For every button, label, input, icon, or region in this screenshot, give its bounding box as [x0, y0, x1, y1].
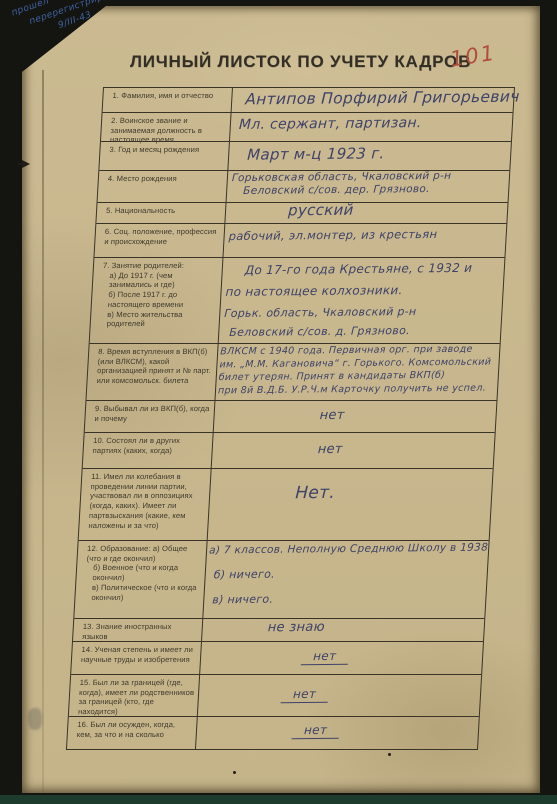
field-label: 14. Ученая степень и имеет ли научные тр… [71, 642, 202, 674]
field-label: 1. Фамилия, имя и отчество [103, 88, 233, 112]
handwritten-answer: в) ничего. [212, 593, 274, 607]
handwritten-answer: рабочий, эл.монтер, из крестьян [228, 227, 437, 243]
handwritten-answer: нет [301, 649, 349, 665]
answer-cell: Антипов Порфирий Григорьевич [232, 88, 514, 112]
field-label: 12. Образование: а) Общее (что и где око… [74, 541, 207, 618]
form-row: 5. Национальность русский [96, 203, 507, 224]
handwritten-answer: ВЛКСМ с 1940 года. Первичная орг. при за… [220, 344, 473, 358]
field-label: 3. Год и месяц рождения [99, 142, 230, 170]
handwritten-answer: Мл. сержант, партизан. [239, 115, 422, 133]
field-label: 4. Место рождения [98, 171, 229, 202]
handwritten-answer: Беловский с/сов. д. Грязново. [229, 324, 410, 339]
form-row: 16. Был ли осужден, когда, кем, за что и… [67, 717, 479, 750]
field-label-sub: в) Место жительства родителей [106, 310, 215, 329]
handwritten-answer: Беловский с/сов. дер. Грязново. [243, 183, 430, 197]
field-label-sub: б) Военное (что и когда окончил) [92, 563, 201, 582]
field-label: 5. Национальность [96, 203, 226, 223]
form-row: 11. Имел ли колебания в проведении линии… [79, 469, 493, 541]
handwritten-answer: Нет. [295, 483, 336, 503]
personnel-form-table: 1. Фамилия, имя и отчество Антипов Порфи… [66, 87, 515, 750]
handwritten-answer: нет [281, 687, 329, 703]
field-label: 11. Имел ли колебания в проведении линии… [79, 469, 212, 540]
field-label: 7. Занятие родителей: а) До 1917 г. (чем… [90, 258, 224, 343]
form-title: ЛИЧНЫЙ ЛИСТОК ПО УЧЕТУ КАДРОВ [130, 52, 438, 72]
handwritten-answer: а) 7 классов. Неполную Среднюю Школу в 1… [209, 542, 489, 557]
form-row: 4. Место рождения Горьковская область, Ч… [98, 171, 510, 203]
handwritten-answer: им. „М.М. Кагановича“ г. Горького. Комсо… [219, 357, 491, 371]
answer-cell: ВЛКСМ с 1940 года. Первичная орг. при за… [216, 344, 500, 400]
field-label: 8. Время вступления в ВКП(б) (или ВЛКСМ)… [87, 344, 219, 400]
field-label: 13. Знание иностранных языков [73, 619, 203, 641]
field-label: 9. Выбывал ли из ВКП(б), когда и почему [85, 401, 216, 432]
ink-speck [388, 753, 391, 756]
red-page-number: 101 [448, 41, 497, 72]
handwritten-answer: нет [317, 442, 343, 457]
answer-cell: нет [212, 433, 495, 468]
handwritten-answer: Март м-ц 1923 г. [247, 144, 385, 163]
handwritten-answer: Горьк. область, Чкаловский р-н [224, 305, 417, 320]
handwritten-answer: нет [292, 723, 340, 739]
form-row: 10. Состоял ли в других партиях (каких, … [83, 433, 495, 469]
field-label-sub: а) До 1917 г. (чем занимались и где) [109, 271, 218, 290]
paper-sheet: ЛИЧНЫЙ ЛИСТОК ПО УЧЕТУ КАДРОВ 101 1. Фам… [22, 6, 540, 793]
form-row: 6. Соц. положение, профессия и происхожд… [94, 224, 506, 258]
scanned-document: { "colors": { "paper": "#c9b88f", "backg… [0, 0, 557, 804]
field-label-main: 12. Образование: а) Общее (что и где око… [86, 544, 187, 563]
answer-cell: нет [200, 642, 483, 674]
handwritten-answer: нет [319, 408, 345, 423]
handwritten-answer: русский [288, 201, 354, 220]
form-row: 12. Образование: а) Общее (что и где око… [74, 541, 488, 619]
scan-bottom-edge [0, 795, 557, 804]
answer-cell: нет [214, 401, 497, 432]
answer-cell: нет [196, 717, 479, 750]
form-row: 2. Воинское звание и занимаемая должност… [101, 113, 513, 142]
form-row: 15. Был ли за границей (где, когда), име… [69, 675, 481, 717]
answer-cell: нет [198, 675, 481, 716]
handwritten-answer: по настоящее колхозники. [225, 283, 403, 299]
paper-crease [42, 70, 44, 793]
form-row: 1. Фамилия, имя и отчество Антипов Порфи… [103, 88, 514, 113]
field-label: 6. Соц. положение, профессия и происхожд… [94, 224, 225, 257]
field-label: 10. Состоял ли в других партиях (каких, … [83, 433, 214, 468]
handwritten-answer: при 8й В.Д.Б. У.Р.Ч.м Карточку получить … [218, 383, 487, 397]
form-row: 7. Занятие родителей: а) До 1917 г. (чем… [90, 258, 505, 344]
handwritten-answer: Горьковская область, Чкаловский р-н [232, 170, 452, 184]
field-label-sub: б) После 1917 г. до настоящего времени [108, 290, 217, 309]
form-row: 8. Время вступления в ВКП(б) (или ВЛКСМ)… [86, 344, 499, 401]
handwritten-answer: билет утерян. Принят в кандидаты ВКП(б) [219, 370, 446, 383]
answer-cell: Горьковская область, Чкаловский р-н Бело… [227, 171, 510, 202]
answer-cell: Нет. [208, 469, 493, 540]
field-label: 16. Был ли осужден, когда, кем, за что и… [67, 717, 198, 750]
form-row: 14. Ученая степень и имеет ли научные тр… [71, 642, 483, 675]
form-row: 9. Выбывал ли из ВКП(б), когда и почему … [85, 401, 497, 433]
answer-cell: рабочий, эл.монтер, из крестьян [223, 224, 506, 257]
field-label: 2. Воинское звание и занимаемая должност… [101, 113, 232, 141]
answer-cell: русский [225, 203, 507, 223]
answer-cell: До 17-го года Крестьяне, с 1932 и по нас… [219, 258, 505, 343]
answer-cell: Мл. сержант, партизан. [230, 113, 513, 141]
form-row: 13. Знание иностранных языков не знаю [73, 619, 484, 642]
margin-arrow-mark [22, 160, 30, 168]
pencil-smudge [28, 708, 42, 730]
answer-cell: не знаю [202, 619, 484, 641]
handwritten-answer: не знаю [267, 620, 325, 636]
field-label-main: 7. Занятие родителей: [103, 261, 185, 270]
answer-cell: Март м-ц 1923 г. [228, 142, 511, 170]
form-row: 3. Год и месяц рождения Март м-ц 1923 г. [99, 142, 511, 171]
handwritten-answer: б) ничего. [213, 568, 275, 582]
handwritten-answer: До 17-го года Крестьяне, с 1932 и [244, 261, 472, 277]
field-label-sub: в) Политическое (что и когда окончил) [91, 583, 200, 602]
ink-speck [233, 771, 236, 774]
field-label: 15. Был ли за границей (где, когда), име… [69, 675, 200, 716]
answer-cell: а) 7 классов. Неполную Среднюю Школу в 1… [203, 541, 488, 618]
handwritten-answer: Антипов Порфирий Григорьевич [245, 88, 520, 109]
